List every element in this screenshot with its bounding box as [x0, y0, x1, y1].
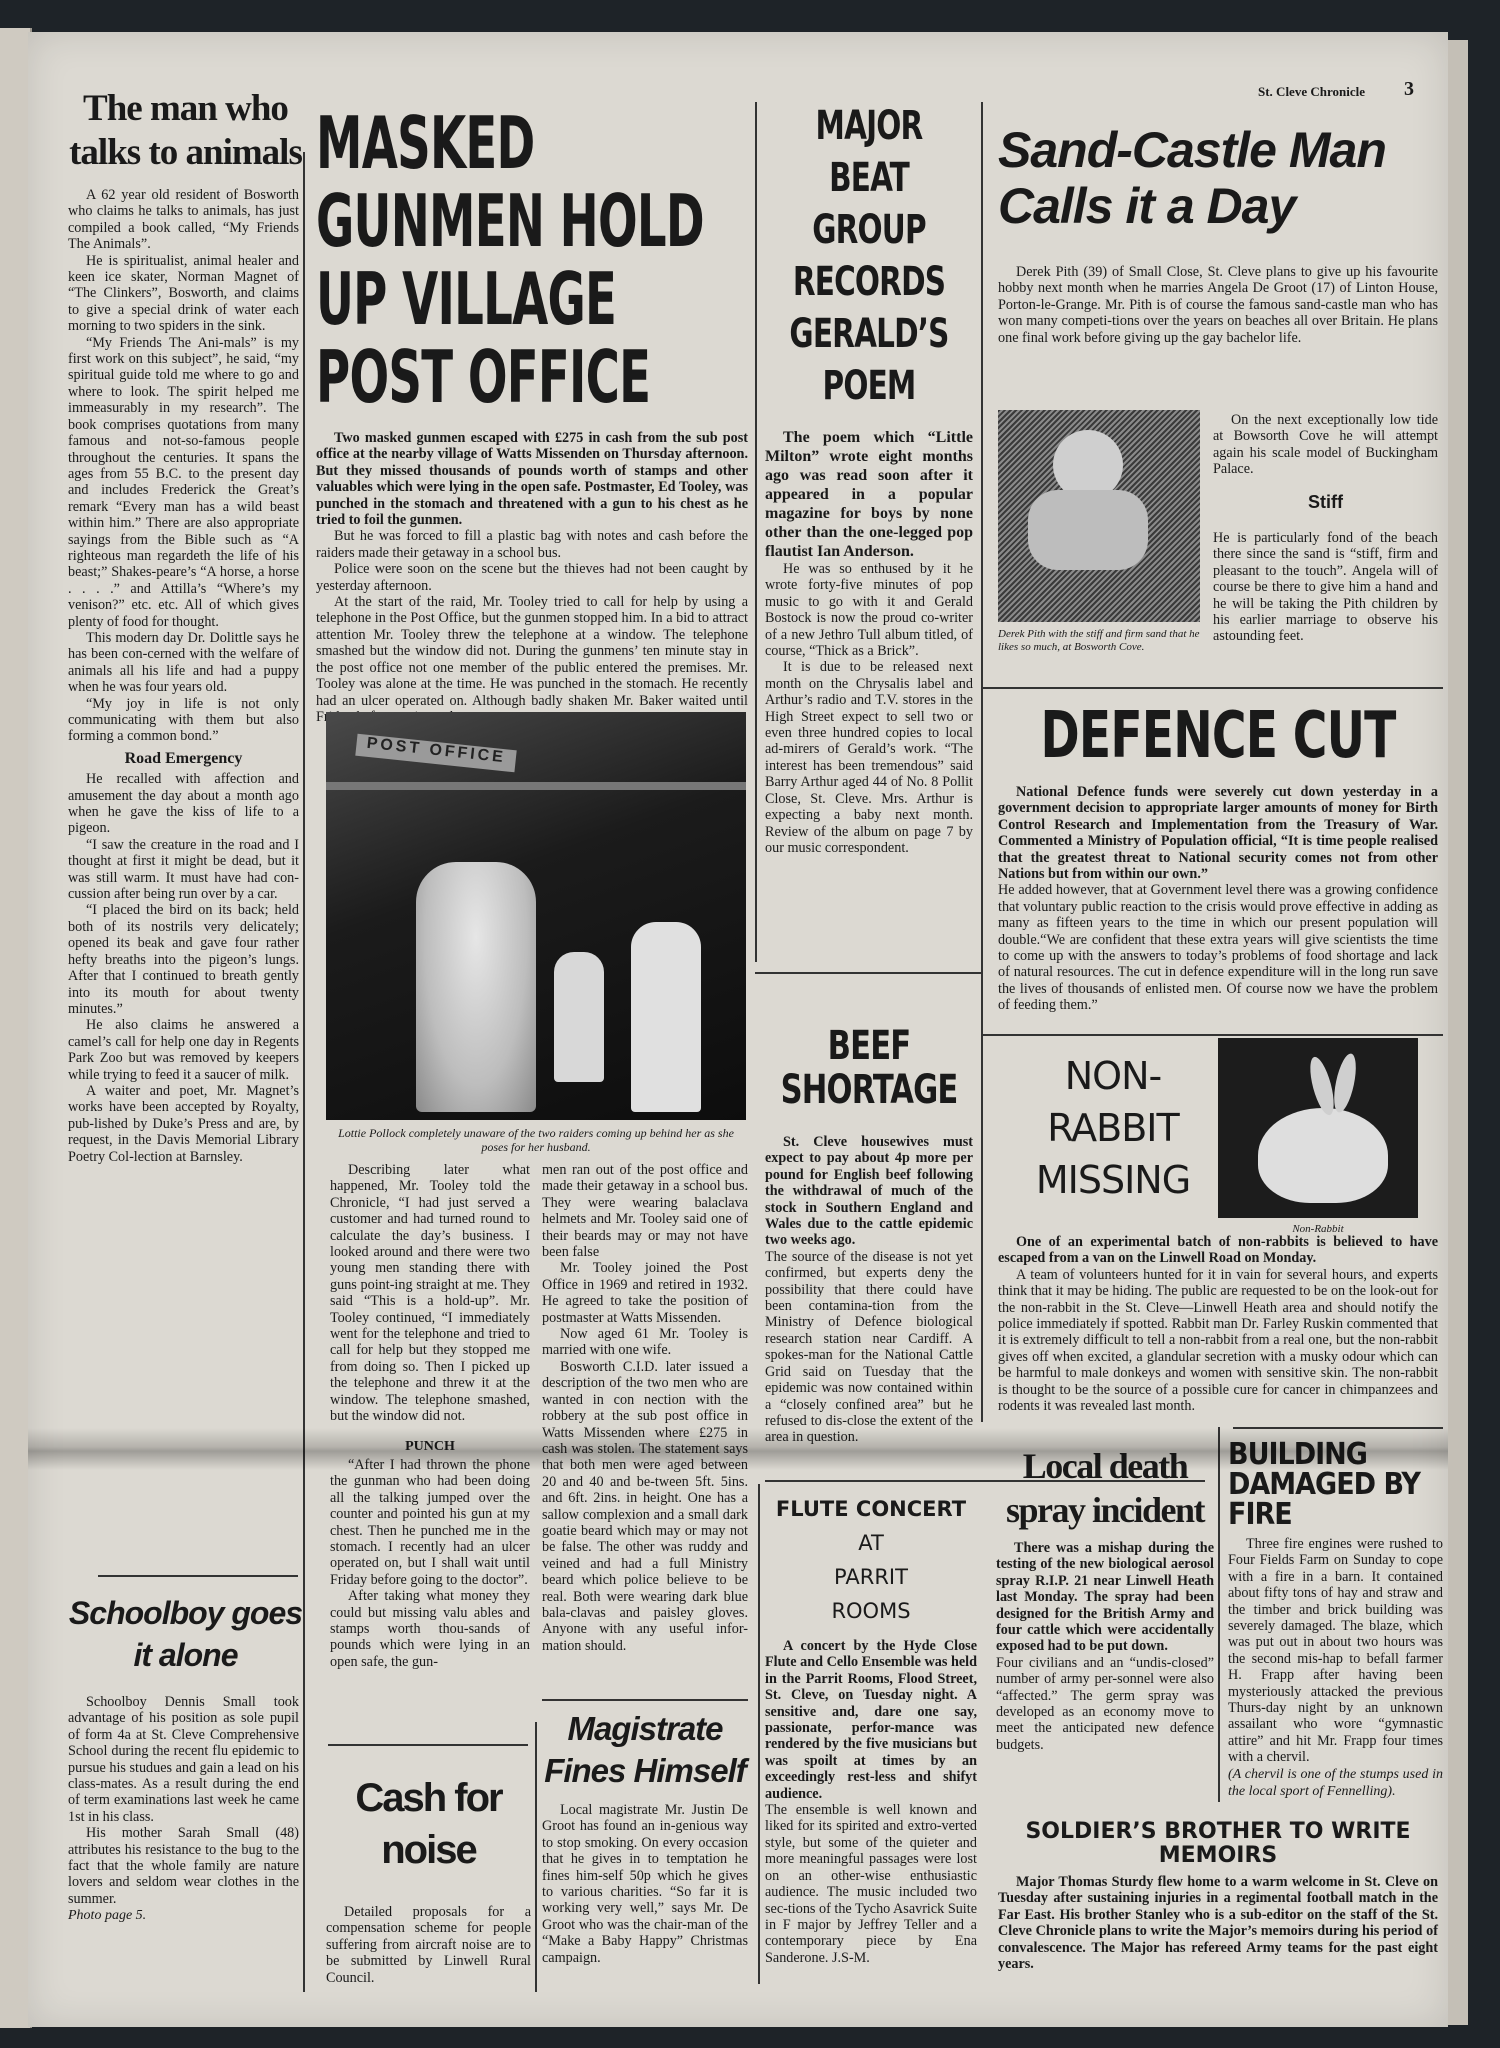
- article-cash-noise: Cash for noise Detailed proposals for a …: [326, 1772, 531, 1986]
- shopfront-beam: [326, 782, 746, 790]
- paragraph: He is spiritualist, animal healer and ke…: [68, 253, 299, 335]
- article-body: The source of the disease is not yet con…: [765, 1249, 973, 1446]
- headline: Schoolboy goes it alone: [68, 1592, 303, 1676]
- raider-figure: [631, 922, 701, 1112]
- rabbit-body: [1258, 1108, 1388, 1203]
- non-rabbit-photo: [1218, 1038, 1418, 1218]
- photo-reference: Photo page 5.: [68, 1908, 146, 1923]
- post-office-sign: POST OFFICE: [355, 734, 516, 773]
- headline-line: AT: [765, 1526, 977, 1560]
- headline: Cash for noise: [326, 1772, 531, 1876]
- byline: J.S-M.: [832, 1950, 870, 1966]
- sandcastle-column-2: On the next exceptionally low tide at Bo…: [1213, 412, 1438, 645]
- paragraph: This modern day Dr. Dolittle says he has…: [68, 630, 299, 696]
- column-rule: [1218, 1427, 1220, 1802]
- article-gunmen: MASKED GUNMEN HOLD UP VILLAGE POST OFFIC…: [316, 104, 748, 725]
- paragraph: Detailed proposals for a compensation sc…: [326, 1904, 531, 1986]
- raider-figure: [554, 952, 604, 1082]
- section-divider: [983, 687, 1443, 689]
- paragraph: Major Thomas Sturdy flew home to a warm …: [998, 1874, 1438, 1972]
- page-number: 3: [1404, 78, 1414, 101]
- article-body: Detailed proposals for a compensation sc…: [326, 1904, 531, 1986]
- paragraph: The source of the disease is not yet con…: [765, 1249, 973, 1446]
- paragraph: After taking what money they could but m…: [330, 1588, 530, 1670]
- subhead: Road Emergency: [68, 751, 299, 767]
- paragraph: He recalled with affection and amusement…: [68, 771, 299, 837]
- article-body: Local magistrate Mr. Justin De Groot has…: [542, 1802, 748, 1966]
- paragraph: A waiter and poet, Mr. Magnet’s works ha…: [68, 1083, 299, 1165]
- subhead: PUNCH: [330, 1439, 530, 1455]
- section-divider: [542, 1699, 748, 1701]
- article-schoolboy: Schoolboy goes it alone Schoolboy Dennis…: [68, 1592, 303, 1924]
- rabbit-headline: NON-RABBIT MISSING: [1003, 1050, 1223, 1206]
- paragraph: The ensemble is well known and liked for…: [765, 1802, 977, 1966]
- article-magistrate: Magistrate Fines Himself Local magistrat…: [542, 1708, 748, 1966]
- paragraph: There was a mishap during the testing of…: [996, 1540, 1214, 1655]
- paragraph: A team of volunteers hunted for it in va…: [998, 1267, 1438, 1415]
- paragraph: Describing later what happened, Mr. Tool…: [330, 1162, 530, 1425]
- man-body: [1028, 490, 1148, 570]
- paragraph: It is due to be released next month on t…: [765, 659, 973, 856]
- headline: Magistrate Fines Himself: [542, 1708, 748, 1792]
- headline: DEFENCE CUT: [1038, 700, 1399, 772]
- headline-line: FLUTE CONCERT: [765, 1492, 977, 1526]
- paragraph: He was so enthused by it he wrote forty-…: [765, 561, 973, 659]
- article-beat-group: MAJOR BEAT GROUP RECORDS GERALD’S POEM T…: [765, 100, 973, 856]
- lead-paragraph: Major Thomas Sturdy flew home to a warm …: [998, 1874, 1438, 1972]
- headline: FLUTE CONCERT AT PARRIT ROOMS: [765, 1492, 977, 1628]
- headline-line: ROOMS: [765, 1594, 977, 1628]
- article-fire: BUILDING DAMAGED BY FIRE Three fire engi…: [1228, 1440, 1443, 1800]
- article-body: Three fire engines were rushed to Four F…: [1228, 1536, 1443, 1800]
- lead-paragraph: The poem which “Little Milton” wrote eig…: [765, 428, 973, 561]
- headline-line: PARRIT: [765, 1560, 977, 1594]
- paragraph: St. Cleve housewives must expect to pay …: [765, 1134, 973, 1249]
- article-beef: BEEF SHORTAGE St. Cleve housewives must …: [765, 1024, 973, 1446]
- subhead: Stiff: [1213, 494, 1438, 510]
- article-death-spray: Local death spray incident There was a m…: [996, 1444, 1214, 1753]
- article-sandcastle: Sand-Castle Man Calls it a Day Derek Pit…: [998, 122, 1438, 346]
- paragraph: Police were soon on the scene but the th…: [316, 561, 748, 594]
- column-rule: [535, 1722, 537, 1992]
- paragraph: Two masked gunmen escaped with £275 in c…: [316, 430, 748, 528]
- article-rabbit: One of an experimental batch of non-rabb…: [998, 1234, 1438, 1414]
- paragraph: Three fire engines were rushed to Four F…: [1228, 1536, 1443, 1766]
- paragraph: National Defence funds were severely cut…: [998, 784, 1438, 882]
- paragraph: A concert by the Hyde Close Flute and Ce…: [765, 1638, 977, 1802]
- article-body: A team of volunteers hunted for it in va…: [998, 1267, 1438, 1415]
- lead-paragraph: Derek Pith (39) of Small Close, St. Clev…: [998, 264, 1438, 346]
- headline: Sand-Castle Man Calls it a Day: [998, 122, 1438, 234]
- column-rule: [981, 102, 983, 1422]
- paragraph: On the next exceptionally low tide at Bo…: [1213, 412, 1438, 478]
- lead-paragraph: National Defence funds were severely cut…: [998, 784, 1438, 882]
- lead-paragraph: There was a mishap during the testing of…: [996, 1540, 1214, 1655]
- section-divider: [98, 1575, 298, 1577]
- lead-paragraph: A concert by the Hyde Close Flute and Ce…: [765, 1638, 977, 1802]
- paragraph: Local magistrate Mr. Justin De Groot has…: [542, 1802, 748, 1966]
- newspaper-page: St. Cleve Chronicle 3 The man who talks …: [28, 32, 1448, 2027]
- paragraph: He also claims he answered a camel’s cal…: [68, 1017, 299, 1083]
- paragraph: He is particularly fond of the beach the…: [1213, 530, 1438, 645]
- paragraph: “I placed the bird on its back; held bot…: [68, 902, 299, 1017]
- lead-paragraph: Two masked gunmen escaped with £275 in c…: [316, 430, 748, 528]
- note: (A chervil is one of the stumps used in …: [1228, 1767, 1443, 1799]
- headline: SOLDIER’S BROTHER TO WRITE MEMOIRS: [998, 1820, 1438, 1868]
- headline: The man who talks to animals: [68, 87, 303, 175]
- paragraph: His mother Sarah Small (48) attributes h…: [68, 1825, 299, 1907]
- lead-paragraph: One of an experimental batch of non-rabb…: [998, 1234, 1438, 1267]
- article-body: men ran out of the post office and made …: [542, 1162, 748, 1654]
- section-divider: [328, 1744, 528, 1746]
- paragraph: The poem which “Little Milton” wrote eig…: [765, 428, 973, 561]
- paragraph: A 62 year old resident of Bosworth who c…: [68, 187, 299, 253]
- article-body: Describing later what happened, Mr. Tool…: [330, 1162, 530, 1670]
- post-office-photo: POST OFFICE: [326, 712, 746, 1120]
- paragraph: Schoolboy Dennis Small took advantage of…: [68, 1694, 299, 1825]
- article-body: The ensemble is well known and liked for…: [765, 1802, 977, 1966]
- article-defence: DEFENCE CUT National Defence funds were …: [998, 700, 1438, 1014]
- column-rule: [303, 152, 305, 1992]
- section-divider: [1233, 1427, 1443, 1429]
- headline: MASKED GUNMEN HOLD UP VILLAGE POST OFFIC…: [316, 104, 748, 416]
- gunmen-column-1: Describing later what happened, Mr. Tool…: [330, 1162, 530, 1670]
- woman-figure: [416, 862, 536, 1112]
- article-body: Four civilians and an “undis-closed” num…: [996, 1655, 1214, 1753]
- headline: MAJOR BEAT GROUP RECORDS GERALD’S POEM: [784, 100, 955, 412]
- gunmen-column-2: men ran out of the post office and made …: [542, 1162, 748, 1654]
- headline: Local death spray incident: [996, 1444, 1214, 1532]
- article-body: On the next exceptionally low tide at Bo…: [1213, 412, 1438, 645]
- rabbit-ear: [1330, 1052, 1360, 1114]
- paragraph: “My Friends The Ani-mals” is my first wo…: [68, 335, 299, 630]
- paragraph: “After I had thrown the phone the gunman…: [330, 1457, 530, 1588]
- section-divider: [983, 1034, 1443, 1036]
- paragraph: Now aged 61 Mr. Tooley is married with o…: [542, 1326, 748, 1359]
- paragraph: Bosworth C.I.D. later issued a descripti…: [542, 1359, 748, 1654]
- photo-caption: Lottie Pollock completely unaware of the…: [326, 1126, 746, 1154]
- article-body: A 62 year old resident of Bosworth who c…: [68, 187, 303, 1165]
- paragraph: Derek Pith (39) of Small Close, St. Clev…: [998, 264, 1438, 346]
- paragraph: One of an experimental batch of non-rabb…: [998, 1234, 1438, 1267]
- column-rule: [755, 102, 757, 962]
- paragraph: Four civilians and an “undis-closed” num…: [996, 1655, 1214, 1753]
- paragraph: “My joy in life is not only communicatin…: [68, 696, 299, 745]
- paragraph: Mr. Tooley joined the Post Office in 196…: [542, 1260, 748, 1326]
- article-body: He added however, that at Government lev…: [998, 882, 1438, 1013]
- paragraph: men ran out of the post office and made …: [542, 1162, 748, 1260]
- headline: BUILDING DAMAGED BY FIRE: [1228, 1440, 1443, 1530]
- sandcastle-photo: [998, 410, 1200, 622]
- headline: BEEF SHORTAGE: [781, 1024, 958, 1112]
- article-soldier: SOLDIER’S BROTHER TO WRITE MEMOIRS Major…: [998, 1820, 1438, 1972]
- article-flute: FLUTE CONCERT AT PARRIT ROOMS A concert …: [765, 1492, 977, 1966]
- section-divider: [755, 972, 983, 974]
- paragraph: He added however, that at Government lev…: [998, 882, 1438, 1013]
- paper-name: St. Cleve Chronicle: [1258, 84, 1365, 100]
- lead-paragraph: St. Cleve housewives must expect to pay …: [765, 1134, 973, 1249]
- article-body: But he was forced to fill a plastic bag …: [316, 528, 748, 725]
- article-animals: The man who talks to animals A 62 year o…: [68, 87, 303, 1165]
- column-rule: [758, 1484, 760, 1984]
- photo-caption: Derek Pith with the stiff and firm sand …: [998, 628, 1200, 654]
- paragraph: But he was forced to fill a plastic bag …: [316, 528, 748, 561]
- article-body: Schoolboy Dennis Small took advantage of…: [68, 1694, 303, 1924]
- paragraph: “I saw the creature in the road and I th…: [68, 837, 299, 903]
- paragraph: At the start of the raid, Mr. Tooley tri…: [316, 594, 748, 725]
- article-body: He was so enthused by it he wrote forty-…: [765, 561, 973, 856]
